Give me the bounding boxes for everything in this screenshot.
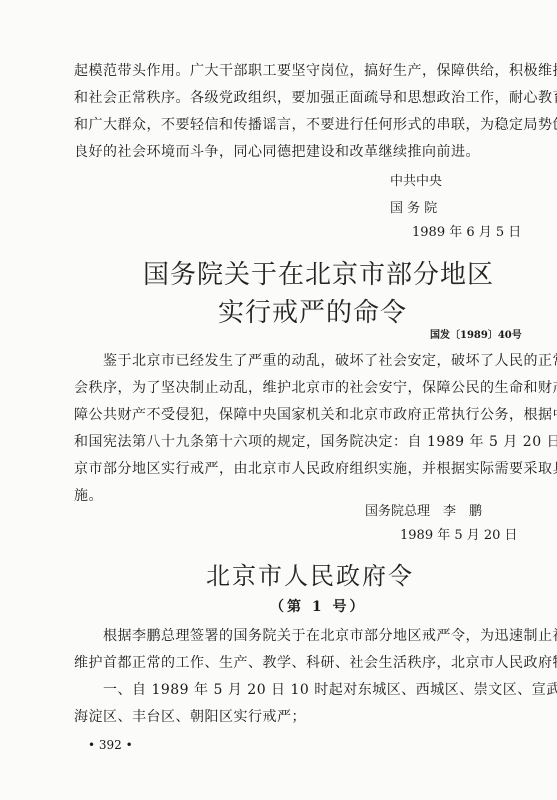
signature-org-ccp: 中共中央: [390, 173, 442, 191]
paragraph-line: 和国宪法第八十九条第十六项的规定，国务院决定：自 1989 年 5 月 20 日…: [74, 433, 536, 451]
paragraph-line: 鉴于北京市已经发生了严重的动乱，破坏了社会安定，破坏了人民的正常生活和社: [74, 352, 536, 370]
paragraph-line: 和社会正常秩序。各级党政组织，要加强正面疏导和思想政治工作，耐心教育青年学生: [74, 89, 536, 107]
order-title-line2: 实行戒严的命令: [218, 292, 407, 329]
order-date: 1989 年 5 月 20 日: [400, 527, 518, 545]
paragraph-line: 一、自 1989 年 5 月 20 日 10 时起对东城区、西城区、崇文区、宣武…: [74, 681, 536, 699]
document-number: 国发〔1989〕40号: [430, 326, 522, 341]
order2-subtitle: （第 1 号）: [270, 596, 367, 616]
paragraph-line: 和广大群众，不要轻信和传播谣言，不要进行任何形式的串联，为稳定局势创造安定和: [74, 116, 536, 134]
signature-org-state-council: 国 务 院: [390, 200, 437, 218]
page-number: • 392 •: [88, 738, 133, 752]
order2-title: 北京市人民政府令: [206, 556, 414, 591]
paragraph-line: 根据李鹏总理签署的国务院关于在北京市部分地区戒严令，为迅速制止社会动乱，: [74, 627, 536, 645]
paragraph-line: 障公共财产不受侵犯，保障中央国家机关和北京市政府正常执行公务，根据中华人民共: [74, 406, 536, 424]
paragraph-line: 起模范带头作用。广大干部职工要坚守岗位，搞好生产，保障供给，积极维护社会治安: [74, 62, 536, 80]
paragraph-line: 海淀区、丰台区、朝阳区实行戒严；: [74, 708, 536, 726]
paragraph-line: 会秩序，为了坚决制止动乱，维护北京市的社会安宁，保障公民的生命和财产安全，保: [74, 379, 536, 397]
signer: 国务院总理 李 鹏: [365, 503, 482, 521]
order-title-line1: 国务院关于在北京市部分地区: [143, 254, 494, 291]
paragraph-line: 良好的社会环境而斗争，同心同德把建设和改革继续推向前进。: [74, 143, 536, 161]
paragraph-line: 维护首都正常的工作、生产、教学、科研、社会生活秩序，北京市人民政府特发布此令：: [74, 654, 536, 672]
signature-date: 1989 年 6 月 5 日: [412, 224, 521, 242]
paragraph-line: 京市部分地区实行戒严，由北京市人民政府组织实施，并根据实际需要采取具体戒严措: [74, 460, 536, 478]
